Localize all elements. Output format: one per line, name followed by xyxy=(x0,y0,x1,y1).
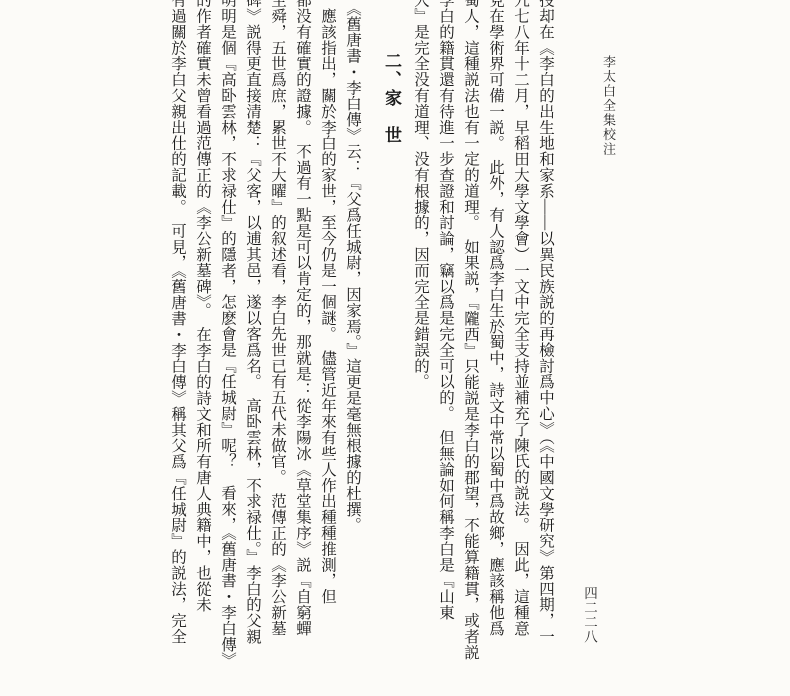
text-column-10: 至舜，五世爲庶，累世不大曜』的叙述看，李白先世已有五代未做官。 范傳正的《李公新… xyxy=(265,0,290,696)
text-column-6: 人』是完全没有道理、没有根據的，因而完全是錯誤的。 xyxy=(408,0,433,696)
text-column-8: 應該指出，關於李白的家世，至今仍是一個謎。 儘管近年來有些人作出種種推測，但 xyxy=(315,0,340,696)
text-column-13: 的作者確實未曾看過范傳正的《李公新墓碑》。 在李白的詩文和所有唐人典籍中，也從未 xyxy=(190,0,215,696)
text-column-5: 李白的籍貫還有待進一步查證和討論，竊以爲是完全可以的。 但無論如何稱李白是『山東 xyxy=(433,0,458,696)
text-column-11: 碑》説得更直接清楚：『父客，以逋其邑，遂以客爲名。 高卧雲林，不求禄仕。』李白的… xyxy=(240,0,265,696)
text-column-12: 明明是個『高卧雲林，不求禄仕』的隱者，怎麽會是『任城尉』呢？ 看來，《舊唐書・李… xyxy=(215,0,240,696)
text-column-4: 蜀人，這種説法也有一定的道理。 如果説，『隴西』只能説是李白的郡望，不能算籍貫，… xyxy=(458,0,483,696)
text-column-3: 見在學術界可備一説。 此外，有人認爲李白生於蜀中，詩文中常以蜀中爲故鄉，應該稱他… xyxy=(483,0,508,696)
main-text-block: 授却在《李白的出生地和家系——以異民族説的再檢討爲中心》（《中國文學研究》第四期… xyxy=(165,0,558,696)
section-heading-family-lineage: 二、家 世 xyxy=(379,0,404,696)
text-column-2: 九七八年十二月，早稻田大學文學會）一文中完全支持並補充了陳氏的説法。 因此，這種… xyxy=(508,0,533,696)
running-head-title: 李太白全集校注 xyxy=(599,55,618,157)
book-page: 李太白全集校注 四二二八 授却在《李白的出生地和家系——以異民族説的再檢討爲中心… xyxy=(0,0,790,696)
text-column-7: 《舊唐書・李白傳》云：『父爲任城尉，因家焉。』這更是毫無根據的杜撰。 xyxy=(340,0,365,696)
text-column-9: 都没有確實的證據。 不過有一點是可以肯定的，那就是：從李陽冰《草堂集序》説『自窮… xyxy=(290,0,315,696)
text-column-14: 有過關於李白父親出仕的記載。 可見，《舊唐書・李白傳》稱其父爲『任城尉』的説法，… xyxy=(165,0,190,696)
text-column-1: 授却在《李白的出生地和家系——以異民族説的再檢討爲中心》（《中國文學研究》第四期… xyxy=(533,0,558,696)
page-number: 四二二八 xyxy=(579,586,599,644)
